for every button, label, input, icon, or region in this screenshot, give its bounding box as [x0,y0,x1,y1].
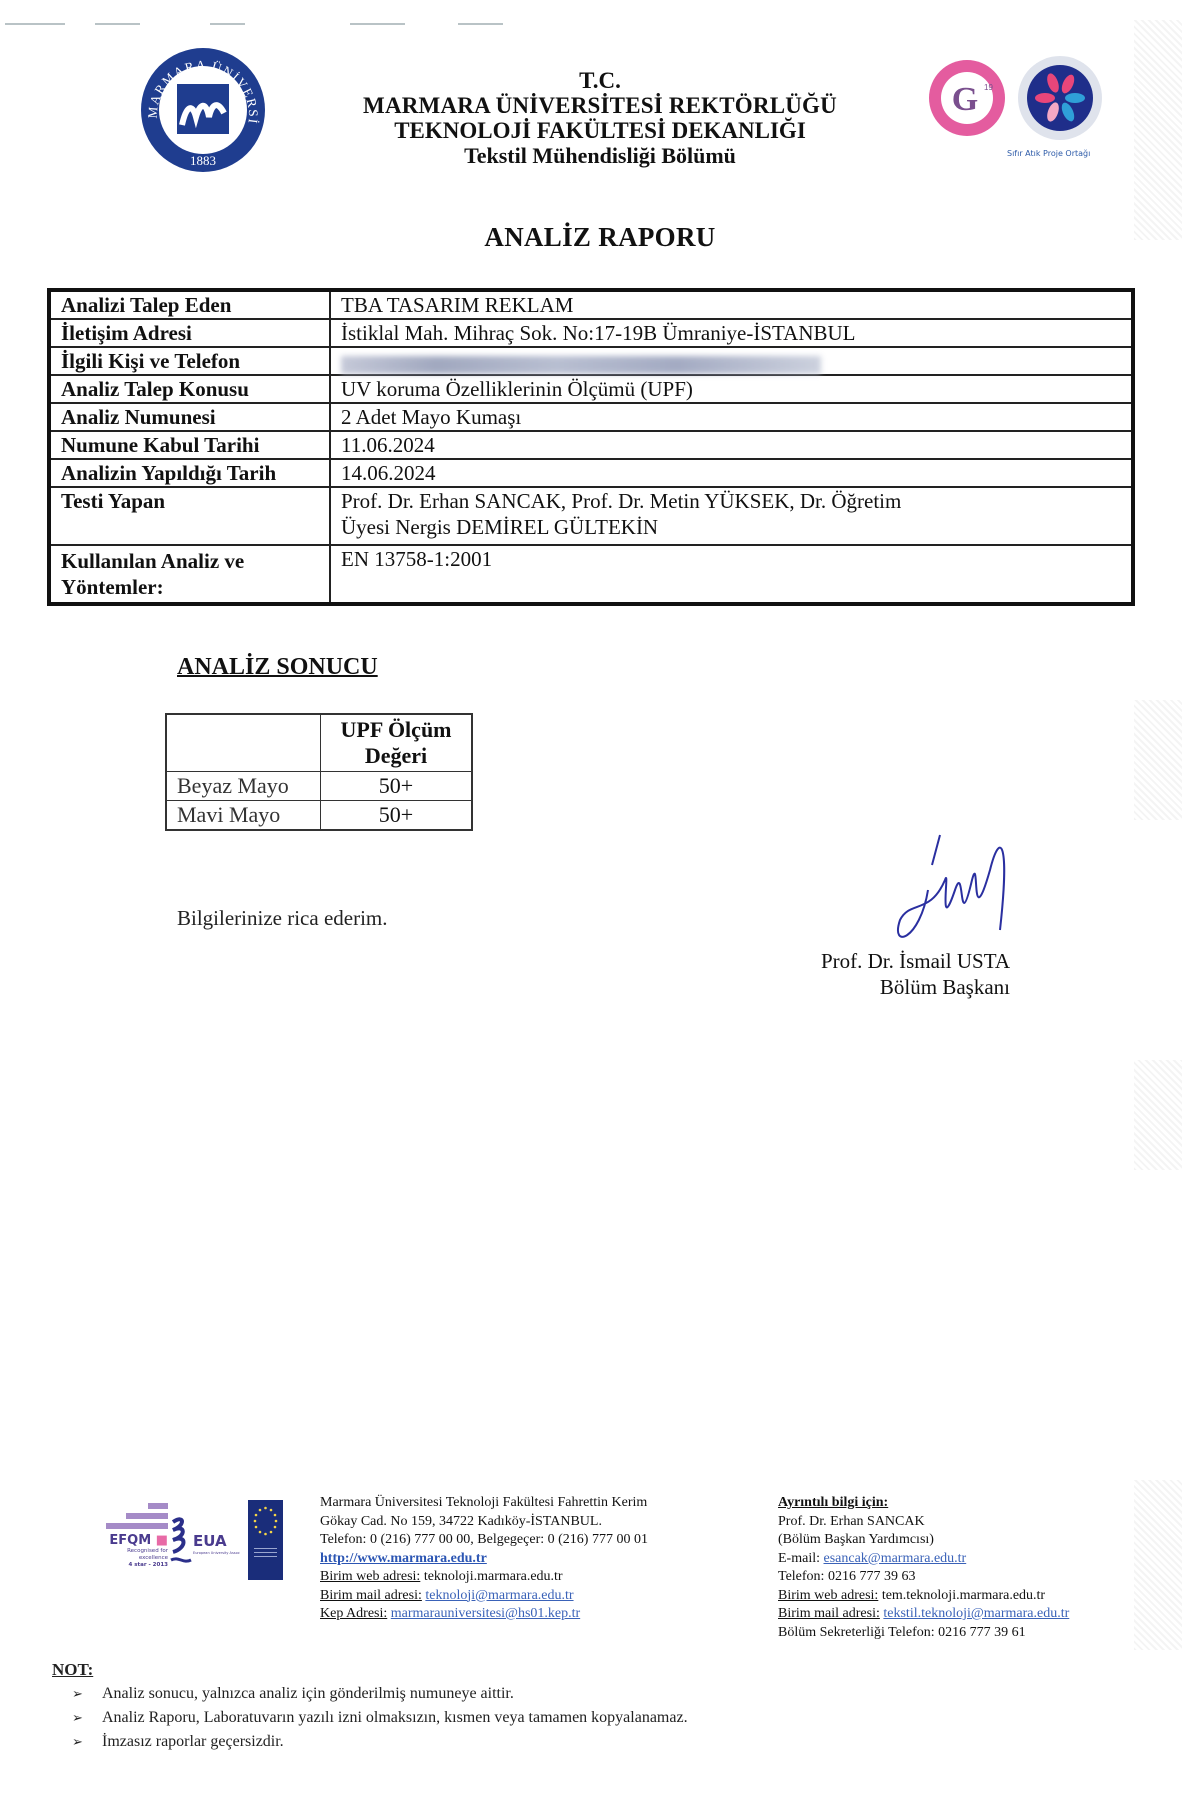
notes-list: ➢Analiz sonucu, yalnızca analiz için gön… [52,1682,688,1754]
row-label: Analizi Talep Eden [49,290,330,319]
svg-text:1883: 1883 [190,153,216,168]
department-email-link[interactable]: tekstil.teknoloji@marmara.edu.tr [883,1606,1069,1621]
scan-artifact [458,23,503,25]
arrow-bullet-icon: ➢ [72,1731,102,1754]
row-label: Analiz Numunesi [49,403,330,431]
row-value: EN 13758-1:2001 [330,545,1133,604]
address-phone: Telefon: 0 (216) 777 00 00, Belgegeçer: … [320,1531,648,1550]
header-line-department: Tekstil Mühendisliği Bölümü [300,143,900,169]
table-row: Analizi Talep Eden TBA TASARIM REKLAM [49,290,1133,319]
scan-artifact [1134,20,1182,240]
scan-artifact [5,23,65,25]
sifir-atik-logo-icon [1015,53,1105,143]
table-row: Numune Kabul Tarihi 11.06.2024 [49,431,1133,459]
row-value: UV koruma Özelliklerinin Ölçümü (UPF) [330,375,1133,403]
marmara-university-seal-icon: MARMARA ÜNİVERSİTESİ 1883 [140,47,266,173]
header-line-faculty: TEKNOLOJİ FAKÜLTESİ DEKANLIĞI [300,118,900,143]
scan-artifact [350,23,405,25]
unit-website: teknoloji.marmara.edu.tr [424,1569,563,1584]
note-text: Analiz sonucu, yalnızca analiz için gönd… [102,1685,514,1702]
contact-phone: Telefon: 0216 777 39 63 [778,1568,1069,1587]
contact-role: (Bölüm Başkan Yardımcısı) [778,1531,1069,1550]
note-text: İmzasız raporlar geçersizdir. [102,1733,284,1750]
row-label: Analiz Talep Konusu [49,375,330,403]
row-value-redacted [330,347,1133,375]
redacted-contact [341,356,821,374]
upf-result-table: UPF Ölçüm Değeri Beyaz Mayo 50+ Mavi May… [165,713,473,831]
address-line: Marmara Üniversitesi Teknoloji Fakültesi… [320,1494,648,1513]
gonulluluk-yili-badge-icon: G 19 [927,58,1007,138]
row-label: İlgili Kişi ve Telefon [49,347,330,375]
table-row: Analiz Numunesi 2 Adet Mayo Kumaşı [49,403,1133,431]
row-value: 11.06.2024 [330,431,1133,459]
upf-value: 50+ [321,772,473,801]
closing-remark: Bilgilerinize rica ederim. [177,906,388,931]
header-line-tc: T.C. [300,68,900,93]
contact-email-link[interactable]: esancak@marmara.edu.tr [824,1551,967,1566]
request-info-table: Analizi Talep Eden TBA TASARIM REKLAM İl… [47,288,1135,606]
row-label: İletişim Adresi [49,319,330,347]
header-line-rectorate: MARMARA ÜNİVERSİTESİ REKTÖRLÜĞÜ [300,93,900,118]
signer-block: Prof. Dr. İsmail USTA Bölüm Başkanı [790,948,1010,1000]
svg-text:19: 19 [984,83,993,92]
scan-artifact [210,23,245,25]
eua-logo-icon: EUA European University Association [165,1512,240,1572]
contact-name: Prof. Dr. Erhan SANCAK [778,1513,1069,1532]
signer-name: Prof. Dr. İsmail USTA [790,948,1010,974]
row-value: İstiklal Mah. Mihraç Sok. No:17-19B Ümra… [330,319,1133,347]
label: E-mail: [778,1551,820,1566]
sample-name: Mavi Mayo [166,801,321,831]
scan-artifact [1134,700,1182,820]
letterhead: T.C. MARMARA ÜNİVERSİTESİ REKTÖRLÜĞÜ TEK… [300,68,900,169]
row-label: Analizin Yapıldığı Tarih [49,459,330,487]
scan-artifact [1134,1060,1182,1170]
report-title: ANALİZ RAPORU [0,222,1200,253]
row-value: 14.06.2024 [330,459,1133,487]
list-item: ➢Analiz Raporu, Laboratuvarın yazılı izn… [72,1706,688,1730]
arrow-bullet-icon: ➢ [72,1683,102,1706]
table-row: Kullanılan Analiz ve Yöntemler: EN 13758… [49,545,1133,604]
table-row: Testi Yapan Prof. Dr. Erhan SANCAK, Prof… [49,487,1133,545]
row-label: Testi Yapan [49,487,330,545]
label: Kep Adresi: [320,1606,387,1621]
efqm-logo-icon: EFQM ■ Recognised for excellence 4 star … [98,1503,168,1569]
table-row: İlgili Kişi ve Telefon [49,347,1133,375]
table-row: Analiz Talep Konusu UV koruma Özellikler… [49,375,1133,403]
note-text: Analiz Raporu, Laboratuvarın yazılı izni… [102,1709,688,1726]
table-row: Mavi Mayo 50+ [166,801,472,831]
label: Birim web adresi: [778,1588,878,1603]
column-header-upf: UPF Ölçüm Değeri [321,714,473,772]
upf-value: 50+ [321,801,473,831]
department-website: tem.teknoloji.marmara.edu.tr [882,1588,1045,1603]
svg-text:EUA: EUA [193,1532,227,1550]
contact-info: Ayrıntılı bilgi için: Prof. Dr. Erhan SA… [778,1494,1069,1642]
notes-heading: NOT: [52,1660,688,1680]
unit-email-link[interactable]: teknoloji@marmara.edu.tr [425,1588,573,1603]
arrow-bullet-icon: ➢ [72,1707,102,1730]
row-label: Numune Kabul Tarihi [49,431,330,459]
address-line: Gökay Cad. No 159, 34722 Kadıköy-İSTANBU… [320,1513,648,1532]
table-row: Beyaz Mayo 50+ [166,772,472,801]
university-website-link[interactable]: http://www.marmara.edu.tr [320,1551,487,1566]
row-value: TBA TASARIM REKLAM [330,290,1133,319]
result-section-title: ANALİZ SONUCU [177,654,378,681]
secretary-phone: Bölüm Sekreterliği Telefon: 0216 777 39 … [778,1624,1069,1643]
scan-artifact [95,23,140,25]
sifir-atik-caption: Sıfır Atık Proje Ortağı [1007,149,1090,158]
empty-header-cell [166,714,321,772]
svg-text:European University Associatio: European University Association [193,1551,240,1555]
list-item: ➢İmzasız raporlar geçersizdir. [72,1730,688,1754]
table-row: İletişim Adresi İstiklal Mah. Mihraç Sok… [49,319,1133,347]
row-label: Kullanılan Analiz ve Yöntemler: [49,545,330,604]
svg-text:G: G [952,81,978,118]
label: Birim mail adresi: [320,1588,422,1603]
table-header-row: UPF Ölçüm Değeri [166,714,472,772]
label: Birim web adresi: [320,1569,420,1584]
eu-flag-icon [248,1500,283,1580]
sample-name: Beyaz Mayo [166,772,321,801]
table-row: Analizin Yapıldığı Tarih 14.06.2024 [49,459,1133,487]
label: Birim mail adresi: [778,1606,880,1621]
kep-address-link[interactable]: marmarauniversitesi@hs01.kep.tr [391,1606,580,1621]
notes-section: NOT: ➢Analiz sonucu, yalnızca analiz içi… [52,1660,688,1754]
institution-address: Marmara Üniversitesi Teknoloji Fakültesi… [320,1494,648,1624]
list-item: ➢Analiz sonucu, yalnızca analiz için gön… [72,1682,688,1706]
row-value: Prof. Dr. Erhan SANCAK, Prof. Dr. Metin … [330,487,1133,545]
signer-title: Bölüm Başkanı [790,974,1010,1000]
scan-artifact [1134,1480,1182,1650]
row-value: 2 Adet Mayo Kumaşı [330,403,1133,431]
contact-heading: Ayrıntılı bilgi için: [778,1494,1069,1513]
